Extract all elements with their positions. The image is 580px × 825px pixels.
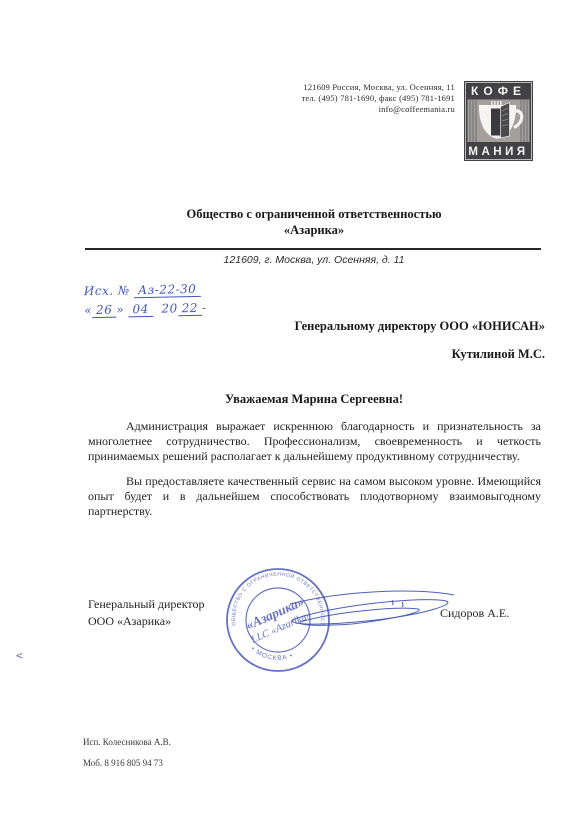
body-paragraph-1: Администрация выражает искреннюю благода…: [88, 419, 541, 464]
date-day: 26: [92, 303, 117, 319]
signer-title-block: Генеральный директор ООО «Азарика»: [88, 596, 205, 630]
stamp-ring-text-bottom: • МОСКВА •: [249, 645, 294, 662]
recipient-line1: Генеральному директору ООО «ЮНИСАН»: [295, 318, 545, 334]
logo-doorway: [491, 109, 501, 136]
org-title: Общество с ограниченной ответственностью…: [88, 206, 540, 238]
signer-title-line2: ООО «Азарика»: [88, 613, 205, 630]
outgoing-number-line: Исх. № Аз-22-30: [84, 282, 207, 299]
coffeemania-logo: КОФЕ МАНИЯ: [464, 81, 533, 161]
org-title-line1: Общество с ограниченной ответственностью: [88, 206, 540, 222]
logo-bottom-text: МАНИЯ: [468, 146, 528, 158]
date-quote-open: «: [84, 303, 92, 317]
date-year: 22: [178, 301, 203, 317]
svg-text:• МОСКВА •: • МОСКВА •: [249, 645, 294, 662]
org-address: 121609, г. Москва, ул. Осенняя, д. 11: [88, 254, 540, 266]
logo-top-text: КОФЕ: [471, 84, 526, 98]
outgoing-date-line: «26» 04 2022-: [84, 301, 207, 318]
scan-artifact-mark: <: [16, 649, 23, 662]
date-tail: -: [202, 301, 207, 315]
date-quote-close: »: [116, 302, 124, 316]
date-month: 04: [128, 302, 153, 318]
coffeemania-logo-icon: КОФЕ МАНИЯ: [464, 81, 533, 161]
recipient-line2: Кутилиной М.С.: [295, 346, 545, 362]
salutation: Уважаемая Марина Сергеевна!: [88, 392, 540, 407]
body-paragraph-2: Вы предоставляете качественный сервис на…: [88, 474, 541, 519]
address-line2: тел. (495) 781-1690, факс (495) 781-1691: [301, 93, 455, 104]
outgoing-label: Исх. №: [84, 283, 130, 298]
company-address-block: 121609 Россия, Москва, ул. Осенняя, 11 т…: [301, 82, 455, 115]
executor-line: Исп. Колесникова А.В.: [83, 737, 171, 748]
outgoing-number-block: Исх. № Аз-22-30 «26» 04 2022-: [84, 282, 207, 318]
letter-page: 121609 Россия, Москва, ул. Осенняя, 11 т…: [0, 0, 580, 825]
recipient-block: Генеральному директору ООО «ЮНИСАН» Кути…: [295, 318, 545, 362]
footer-block: Исп. Колесникова А.В. Моб. 8 916 805 94 …: [83, 737, 171, 769]
org-title-line2: «Азарика»: [88, 222, 540, 238]
address-line3: info@coffeemania.ru: [301, 104, 455, 115]
phone-line: Моб. 8 916 805 94 73: [83, 758, 171, 769]
address-line1: 121609 Россия, Москва, ул. Осенняя, 11: [301, 82, 455, 93]
horizontal-rule: [85, 248, 541, 250]
date-year-prefix: 20: [161, 301, 178, 315]
signer-title-line1: Генеральный директор: [88, 596, 205, 613]
outgoing-number: Аз-22-30: [134, 282, 201, 298]
signer-name: Сидоров А.Е.: [440, 606, 509, 621]
